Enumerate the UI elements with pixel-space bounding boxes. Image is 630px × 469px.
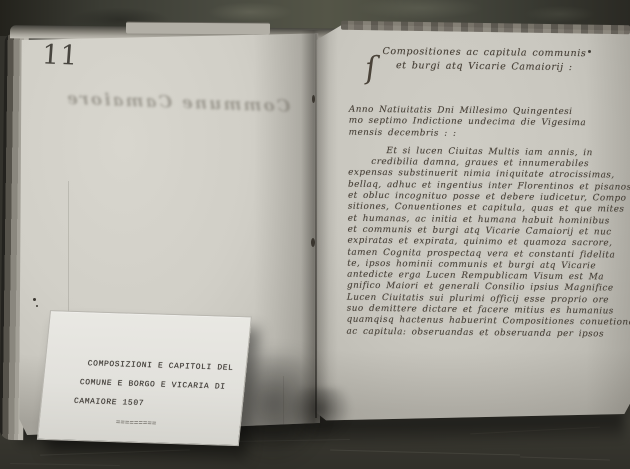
manuscript-heading-line: et burgi atq Vicarie Camaiorij : [381, 59, 587, 75]
manuscript-heading: Compositiones ac capitula communiset bur… [381, 45, 587, 74]
archive-label-card: COMPOSIZIONI E CAPITOLI DELCOMUNE E BORG… [37, 310, 252, 446]
ink-speck [311, 238, 315, 247]
ink-speck [33, 298, 36, 301]
card-title-lines: COMPOSIZIONI E CAPITOLI DELCOMUNE E BORG… [41, 311, 251, 416]
manuscript-body: Anno Natiuitatis Dni Millesimo Quingente… [346, 105, 598, 341]
ink-speck [312, 95, 315, 103]
folio-number: 11 [41, 39, 79, 71]
under-page-edge [126, 21, 270, 34]
showthrough-text: Commune Camaiore [65, 89, 291, 117]
manuscript-text-block: ſ Compositiones ac capitula communiset b… [346, 45, 601, 341]
manuscript-heading-line: Compositiones ac capitula communis [381, 45, 587, 61]
ink-showthrough: Commune Camaiore [71, 89, 290, 141]
manuscript-initial-flourish: ſ [364, 51, 377, 87]
card-cast-shadow [243, 352, 327, 464]
manuscript-photograph: 11 Commune Camaiore ſ Compositiones ac c… [0, 0, 630, 469]
ink-speck [36, 305, 38, 307]
card-rule: ========= [115, 419, 240, 431]
